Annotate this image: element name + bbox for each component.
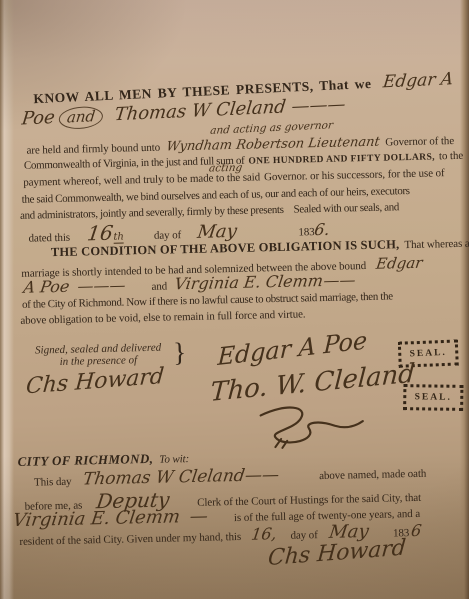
city-heading: CITY OF RICHMOND, [17, 451, 153, 470]
void-printed: above obligation to be void, else to rem… [20, 308, 305, 326]
madeoath-printed: above named, made oath [319, 468, 426, 482]
resident-printed: resident of the said City. Given under m… [19, 531, 241, 548]
seal-label: SEAL. [415, 392, 452, 402]
document-photo: KNOW ALL MEN BY THESE PRESENTS, That we … [0, 0, 469, 599]
day-handwritten: 16 [86, 221, 115, 246]
and-circled-handwritten: and [58, 106, 105, 130]
admin-printed-b: Sealed with our seals, and [293, 201, 399, 215]
dayof-printed: day of [154, 229, 181, 242]
sum-printed-b: to the [439, 150, 463, 163]
bride-dash: —— [322, 270, 357, 290]
bound-printed-post: Governor of the [385, 135, 454, 149]
attest-dash-1: —— [244, 465, 281, 486]
day-ordinal-handwritten: th [113, 231, 124, 243]
witness-brace: } [173, 337, 187, 368]
dated-printed: dated this [28, 232, 70, 245]
curly-brace: } [173, 337, 187, 368]
attest-day-handwritten: 16, [250, 524, 278, 544]
towit-label: To wit: [159, 453, 189, 466]
groom-name-handwritten: Edgar A [382, 69, 454, 92]
groom-dash: ——— [76, 275, 127, 295]
year-digit-handwritten: 6. [313, 220, 331, 239]
witness-signature: Chs Howard [25, 364, 165, 399]
void-line: above obligation to be void, else to rem… [20, 308, 305, 326]
fill-dash: ——— [291, 94, 347, 118]
groom-first-handwritten: Edgar [375, 254, 424, 273]
bride-handwritten: Virginia E. Clemm [174, 271, 325, 293]
attest-dayof-printed: day of [290, 529, 317, 542]
groom-rest-handwritten: A Poe [22, 277, 70, 297]
month-handwritten: May [196, 221, 238, 243]
sum-amount-caps: ONE HUNDRED AND FIFTY DOLLARS, [248, 152, 435, 166]
year-printed: 183 [298, 226, 314, 238]
payment-printed-b: Governor. or his successors, for the use… [264, 167, 445, 183]
condition-whereas: That whereas a [404, 238, 469, 251]
and-printed: and [151, 281, 167, 293]
marriage-bond-document: KNOW ALL MEN BY THESE PRESENTS, That we … [0, 0, 469, 599]
poe-handwritten: Poe [21, 107, 56, 130]
seal-stamp-2: SEAL. [403, 384, 463, 411]
signature-flourish [246, 399, 367, 450]
acting-interlined-handwritten: acting [208, 162, 243, 175]
howard-signature-handwritten: Chs Howard [25, 364, 165, 400]
bound-printed-pre: are held and firmly bound unto [26, 142, 160, 157]
attest-year-digit-handwritten: 6 [410, 521, 423, 540]
thisday-printed: This day [34, 476, 72, 489]
